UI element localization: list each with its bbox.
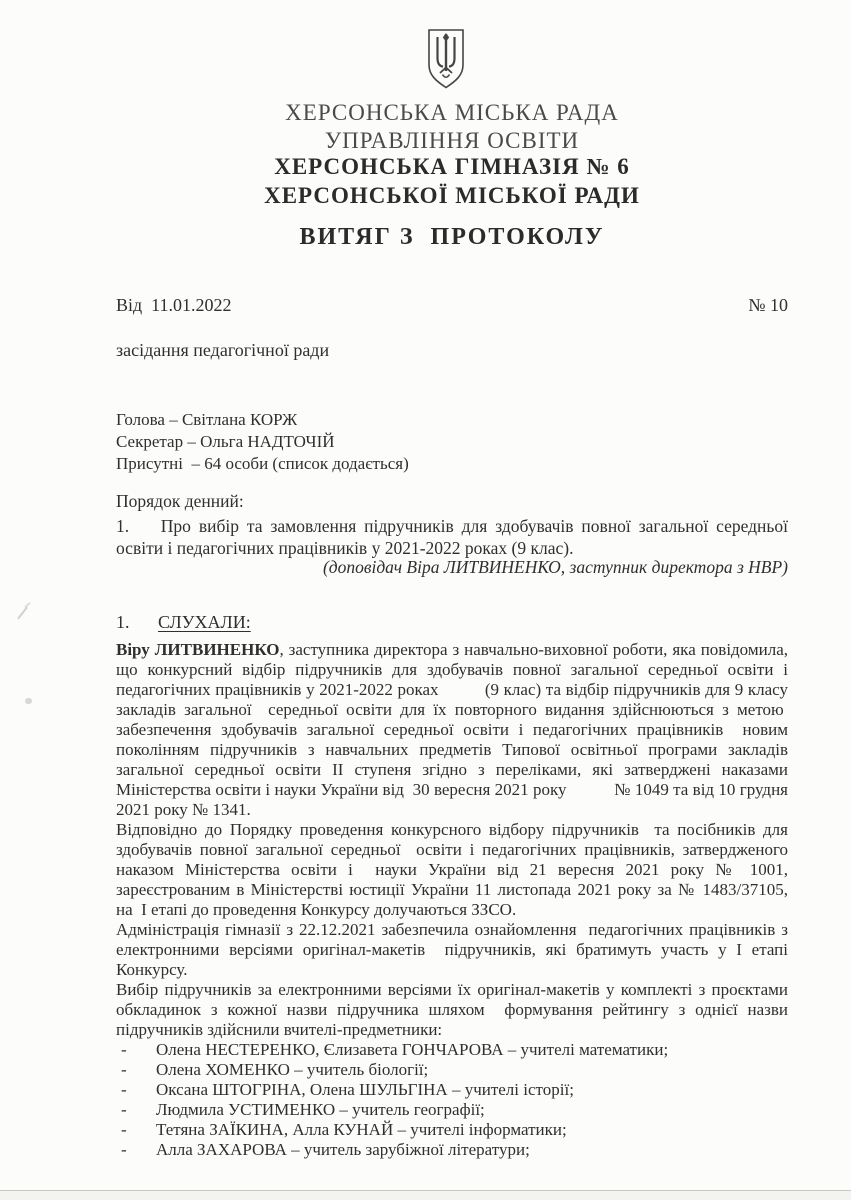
paragraph-2: Відповідно до Порядку проведення конкурс… — [116, 820, 788, 920]
participant-secretary: Секретар – Ольга НАДТОЧІЙ — [116, 431, 788, 453]
agenda-label: Порядок денний: — [116, 491, 788, 512]
ukraine-trident-emblem-icon — [427, 28, 465, 90]
teacher-list-item: - Алла ЗАХАРОВА – учитель зарубіжної літ… — [116, 1140, 788, 1160]
speaker-name-bold: Віру ЛИТВИНЕНКО — [116, 640, 279, 659]
teacher-list-item: - Олена НЕСТЕРЕНКО, Єлизавета ГОНЧАРОВА … — [116, 1040, 788, 1060]
organization-header: ХЕРСОНСЬКА МІСЬКА РАДА УПРАВЛІННЯ ОСВІТИ — [116, 99, 788, 155]
agenda-speaker-note: (доповідач Віра ЛИТВИНЕНКО, заступник ди… — [116, 557, 788, 578]
teacher-entry-history: Оксана ШТОГРІНА, Олена ШУЛЬГІНА – учител… — [156, 1080, 788, 1100]
document-title: ВИТЯГ З ПРОТОКОЛУ — [116, 224, 788, 251]
teacher-entry-geography: Людмила УСТИМЕНКО – учитель географії; — [156, 1100, 788, 1120]
teacher-entry-foreign-literature: Алла ЗАХАРОВА – учитель зарубіжної літер… — [156, 1140, 788, 1160]
section-heading-heard: 1.СЛУХАЛИ: — [116, 612, 788, 633]
meeting-subject: засідання педагогічної ради — [116, 340, 788, 361]
paragraph-1: Віру ЛИТВИНЕНКО, заступника директора з … — [116, 640, 788, 820]
meta-row: Від 11.01.2022 № 10 — [116, 295, 788, 316]
teacher-list-item: - Тетяна ЗАЇКИНА, Алла КУНАЙ – учителі і… — [116, 1120, 788, 1140]
participants-block: Голова – Світлана КОРЖ Секретар – Ольга … — [116, 409, 788, 475]
teacher-entry-math: Олена НЕСТЕРЕНКО, Єлизавета ГОНЧАРОВА – … — [156, 1040, 788, 1060]
participant-present-count: Присутні – 64 особи (список додається) — [116, 453, 788, 475]
scan-page-edge — [0, 1190, 851, 1200]
teacher-entry-informatics: Тетяна ЗАЇКИНА, Алла КУНАЙ – учителі інф… — [156, 1120, 788, 1140]
teacher-list-item: - Оксана ШТОГРІНА, Олена ШУЛЬГІНА – учит… — [116, 1080, 788, 1100]
list-dash-marker: - — [116, 1040, 156, 1060]
protocol-body: Віру ЛИТВИНЕНКО, заступника директора з … — [116, 640, 788, 1160]
list-dash-marker: - — [116, 1080, 156, 1100]
document-date: Від 11.01.2022 — [116, 295, 232, 316]
document-number: № 10 — [748, 295, 788, 316]
paragraph-1-text: , заступника директора з навчально-вихов… — [116, 640, 788, 819]
section-number: 1. — [116, 612, 158, 633]
list-dash-marker: - — [116, 1120, 156, 1140]
org-line-city-council: ХЕРСОНСЬКА МІСЬКА РАДА — [116, 99, 788, 127]
teacher-list-item: - Олена ХОМЕНКО – учитель біології; — [116, 1060, 788, 1080]
pencil-check-mark — [17, 606, 28, 619]
school-name-line2: ХЕРСОНСЬКОЇ МІСЬКОЇ РАДИ — [116, 181, 788, 210]
section-title: СЛУХАЛИ: — [158, 612, 251, 632]
teacher-list-item: - Людмила УСТИМЕНКО – учитель географії; — [116, 1100, 788, 1120]
paragraph-3: Адміністрація гімназії з 22.12.2021 забе… — [116, 920, 788, 980]
org-line-education-dept: УПРАВЛІННЯ ОСВІТИ — [116, 127, 788, 155]
pencil-smudge-mark — [25, 698, 32, 704]
scanned-protocol-document: ХЕРСОНСЬКА МІСЬКА РАДА УПРАВЛІННЯ ОСВІТИ… — [0, 0, 851, 1200]
teacher-entry-biology: Олена ХОМЕНКО – учитель біології; — [156, 1060, 788, 1080]
school-name-header: ХЕРСОНСЬКА ГІМНАЗІЯ № 6 ХЕРСОНСЬКОЇ МІСЬ… — [116, 152, 788, 210]
agenda-item-1: 1. Про вибір та замовлення підручників д… — [116, 515, 788, 559]
list-dash-marker: - — [116, 1100, 156, 1120]
school-name-line1: ХЕРСОНСЬКА ГІМНАЗІЯ № 6 — [116, 152, 788, 181]
list-dash-marker: - — [116, 1060, 156, 1080]
list-dash-marker: - — [116, 1140, 156, 1160]
participant-chair: Голова – Світлана КОРЖ — [116, 409, 788, 431]
paragraph-4: Вибір підручників за електронними версія… — [116, 980, 788, 1040]
